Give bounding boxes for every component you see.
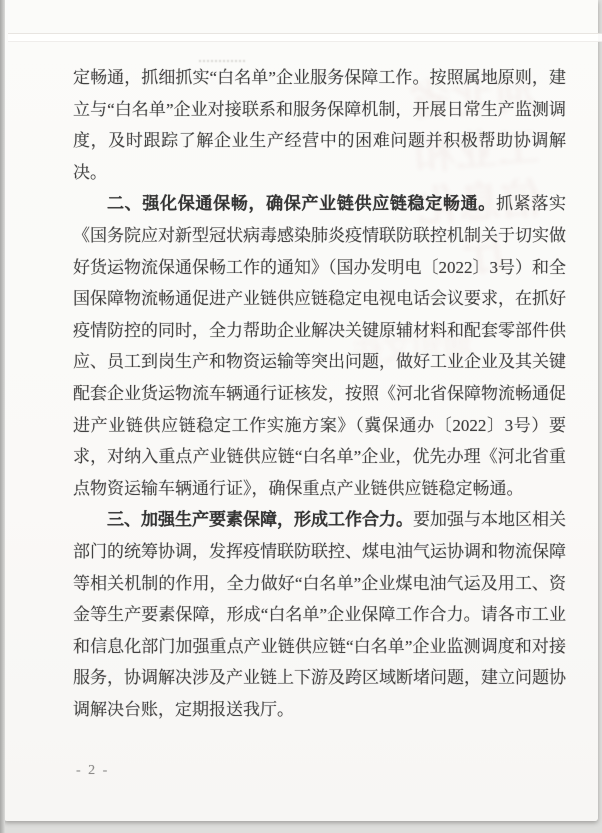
paragraph-text: 抓紧落实《国务院应对新型冠状病毒感染肺炎疫情联防联控机制关于切实做好货运物流保通… (73, 194, 566, 497)
page-number: - 2 - (76, 763, 109, 779)
section-3-heading: 三、加强生产要素保障，形成工作合力。 (107, 510, 413, 529)
document-page: 河北省工业和信息化厅 通知文件 定畅通，抓细抓实“白名单”企业服务保障工作。按照… (4, 0, 598, 821)
paragraph-text: 要加强与本地区相关部门的统筹协调，发挥疫情联防联控、煤电油气运协调和物流保障等相… (73, 510, 566, 719)
scan-fold-line (8, 33, 602, 42)
paragraph-text: 定畅通，抓细抓实“白名单”企业服务保障工作。按照属地原则，建立与“白名单”企业对… (73, 68, 566, 182)
scan-background: 河北省工业和信息化厅 通知文件 定畅通，抓细抓实“白名单”企业服务保障工作。按照… (0, 0, 602, 833)
paragraph-section-2: 二、强化保通保畅，确保产业链供应链稳定畅通。抓紧落实《国务院应对新型冠状病毒感染… (73, 188, 566, 504)
page-binding-edge (0, 0, 5, 833)
paragraph-continuation: 定畅通，抓细抓实“白名单”企业服务保障工作。按照属地原则，建立与“白名单”企业对… (73, 62, 566, 188)
paragraph-section-3: 三、加强生产要素保障，形成工作合力。要加强与本地区相关部门的统筹协调，发挥疫情联… (73, 504, 566, 725)
section-2-heading: 二、强化保通保畅，确保产业链供应链稳定畅通。 (107, 194, 496, 213)
document-body: 定畅通，抓细抓实“白名单”企业服务保障工作。按照属地原则，建立与“白名单”企业对… (73, 62, 566, 725)
